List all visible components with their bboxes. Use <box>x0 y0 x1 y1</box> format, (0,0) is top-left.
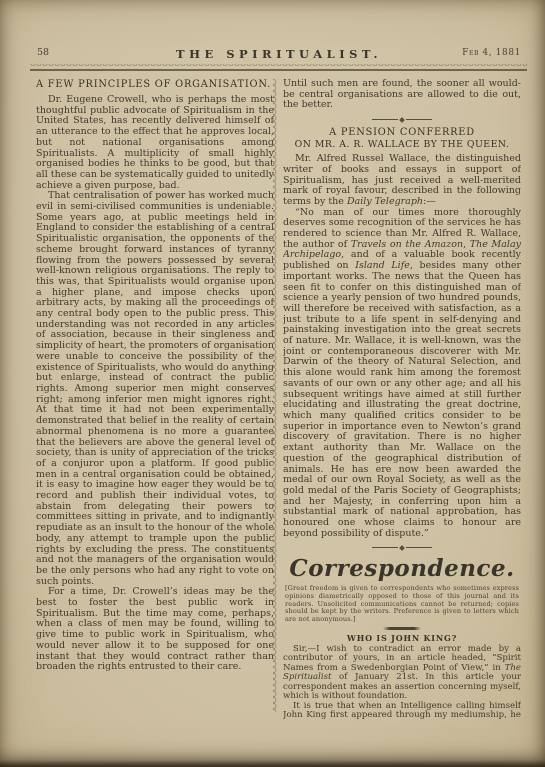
diamond-ornament-icon <box>399 117 405 123</box>
article-paragraph: For a time, Dr. Crowell’s ideas may be t… <box>36 587 274 673</box>
article-paragraph: Mr. Alfred Russel Wallace, the distingui… <box>283 154 521 208</box>
article-subheading-pension: ON MR. A. R. WALLACE BY THE QUEEN. <box>283 139 521 150</box>
letter-paragraph: Sir,—I wish to contradict an error made … <box>283 645 521 702</box>
newspaper-page: 58 THE SPIRITUALIST. Feb 4, 1881 A FEW P… <box>0 0 545 767</box>
diamond-ornament-icon <box>399 545 405 551</box>
issue-date: Feb 4, 1881 <box>462 48 521 58</box>
section-divider-ornament <box>283 116 521 123</box>
article-paragraph: Dr. Eugene Crowell, who is perhaps the m… <box>36 95 274 191</box>
ornament-line <box>406 547 432 548</box>
article-paragraph-quote: “No man of our times more thoroughly des… <box>283 208 521 540</box>
ornament-line <box>372 547 398 548</box>
ornament-line <box>406 119 432 120</box>
correspondence-notice: [Great freedom is given to correspondent… <box>285 585 519 623</box>
section-divider-ornament <box>283 544 521 551</box>
article-heading-pension: A PENSION CONFERRED <box>283 127 521 138</box>
letter-heading: WHO IS JOHN KING? <box>283 633 521 643</box>
left-column: A FEW PRINCIPLES OF ORGANISATION. Dr. Eu… <box>36 79 274 719</box>
correspondence-heading: Correspondence. <box>283 555 521 582</box>
masthead-wavy-rule <box>30 64 527 68</box>
article-heading-organisation: A FEW PRINCIPLES OF ORGANISATION. <box>36 79 274 90</box>
ornament-line <box>372 119 398 120</box>
article-paragraph: That centralisation of power has worked … <box>36 191 274 587</box>
masthead: 58 THE SPIRITUALIST. Feb 4, 1881 <box>37 47 521 63</box>
letter-paragraph: It is true that when an Intelligence cal… <box>283 702 521 719</box>
journal-title: THE SPIRITUALIST. <box>176 47 382 61</box>
page-number: 58 <box>37 47 49 58</box>
short-rule-divider <box>383 627 421 630</box>
masthead-rule <box>30 69 527 71</box>
article-paragraph-continuation: Until such men are found, the sooner all… <box>283 79 521 111</box>
right-column: Until such men are found, the sooner all… <box>283 79 521 719</box>
